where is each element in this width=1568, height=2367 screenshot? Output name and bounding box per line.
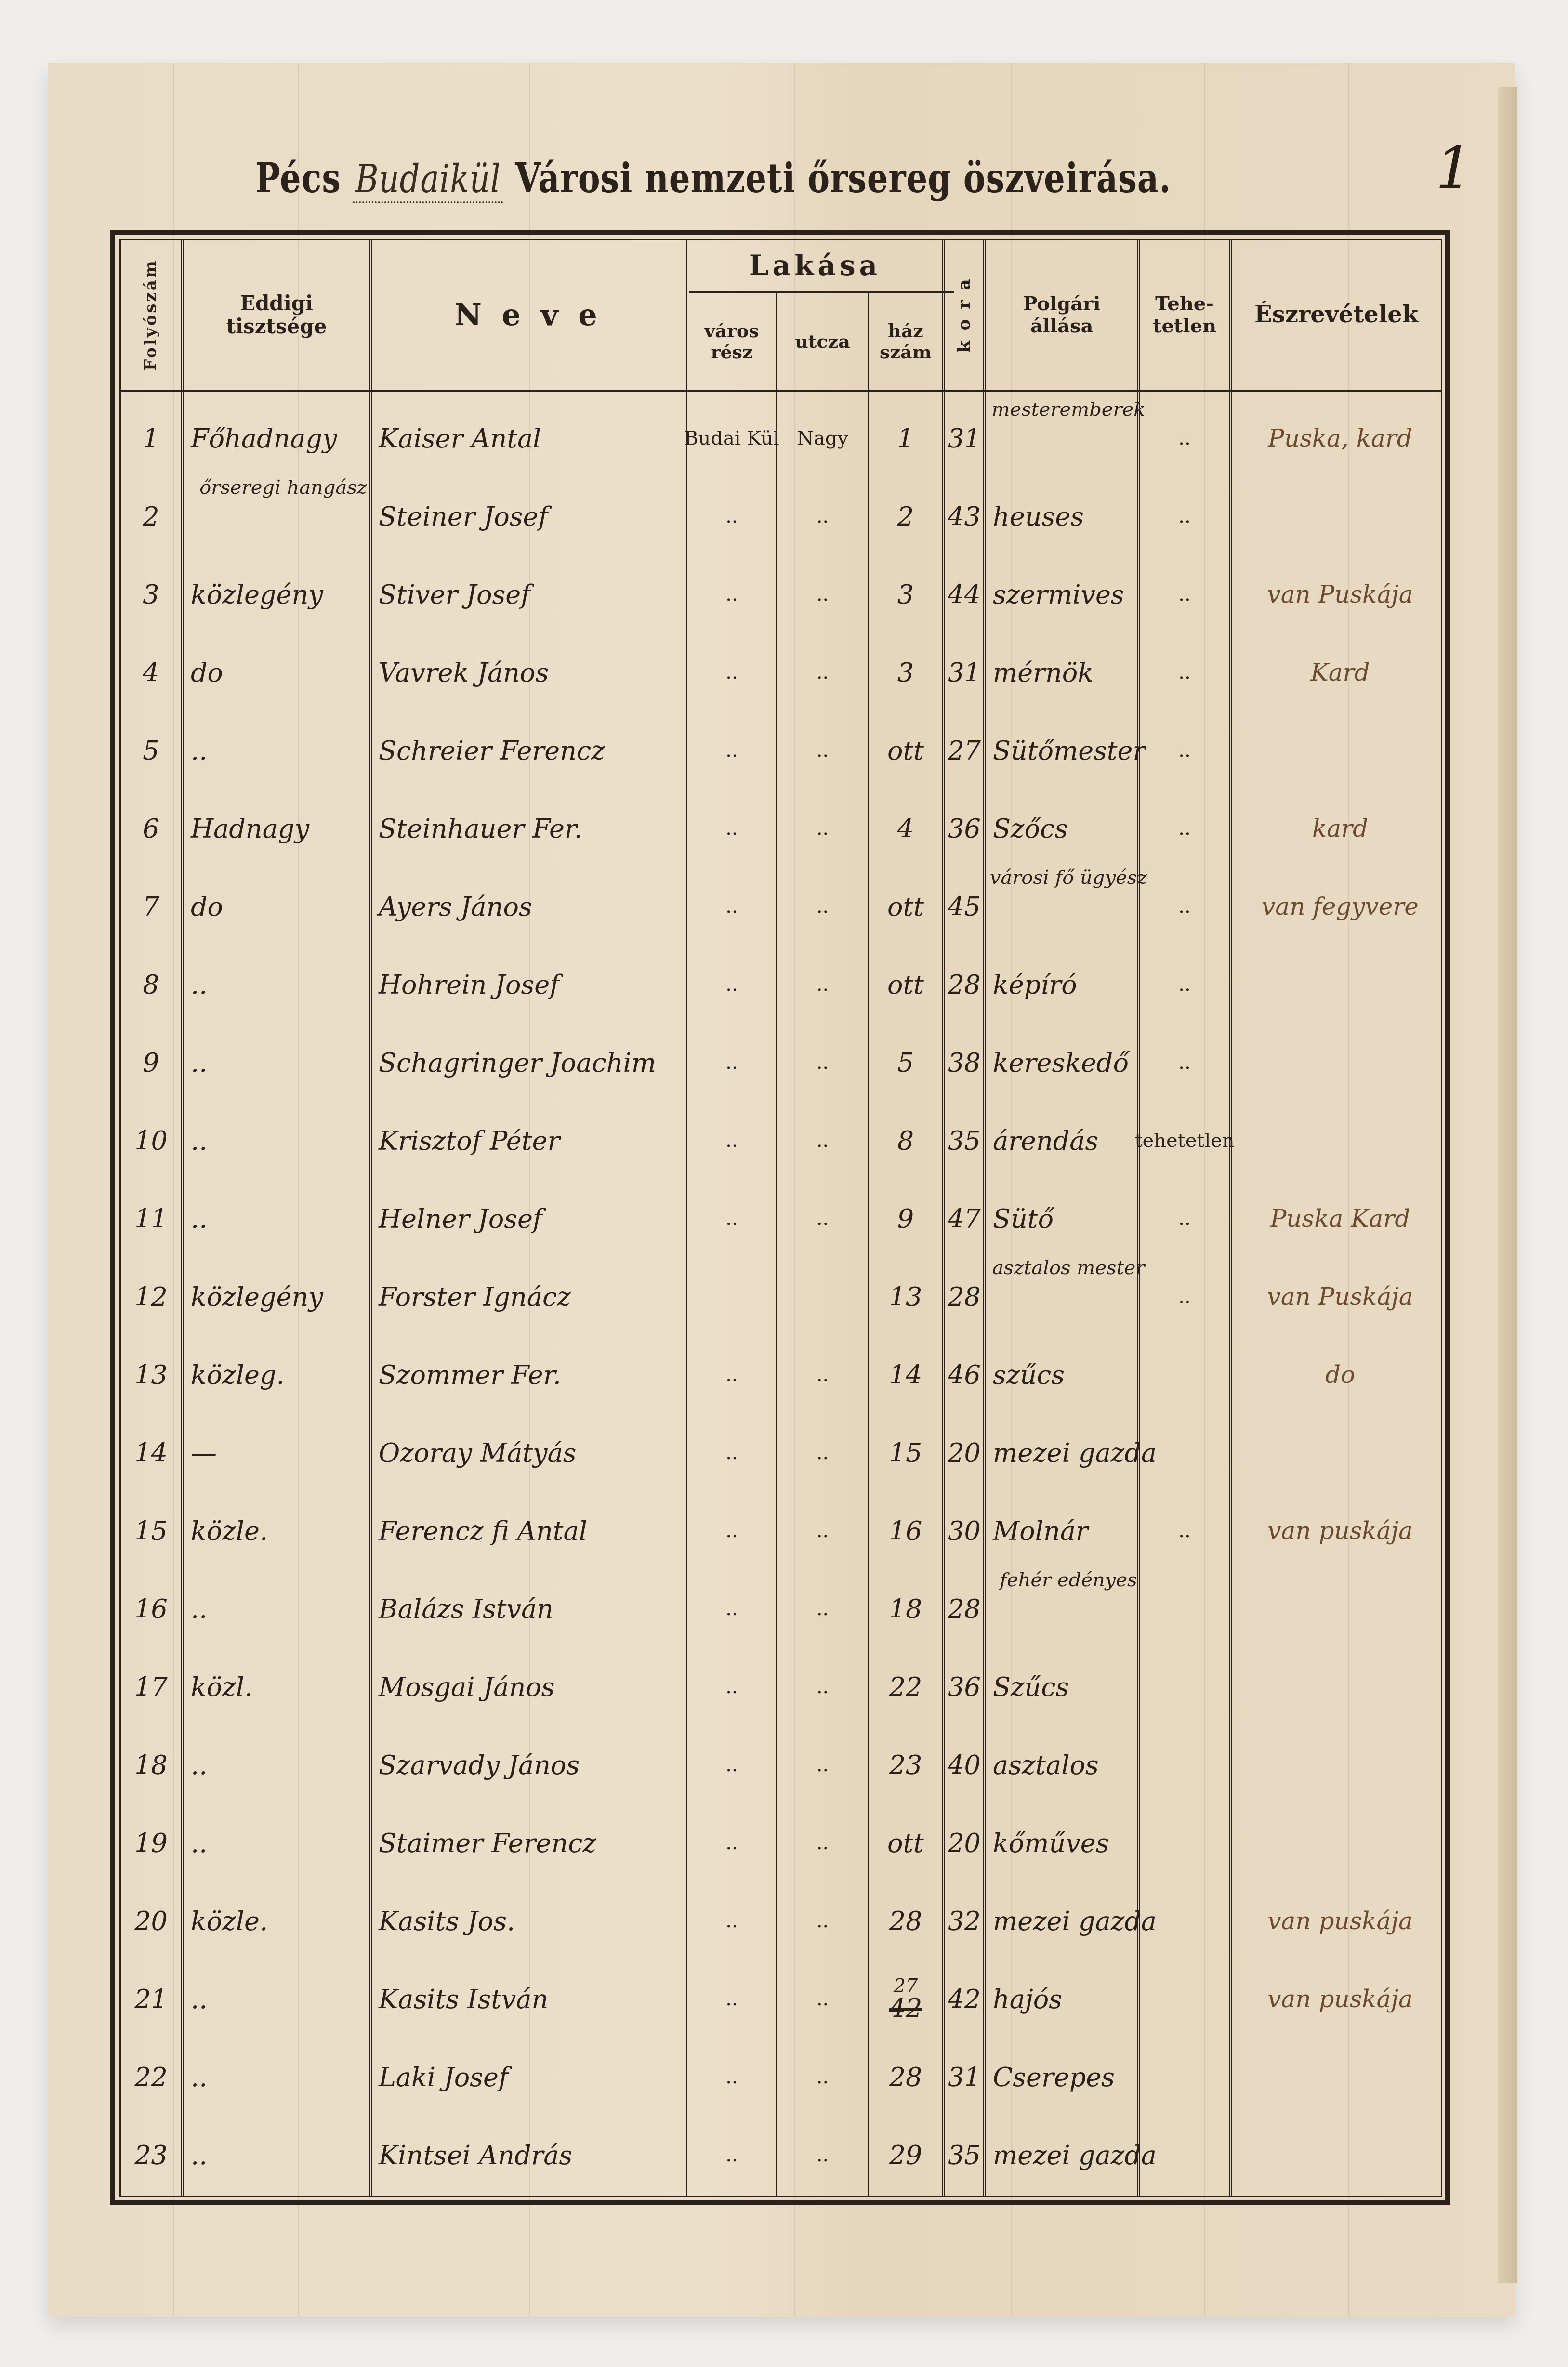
table-row: 6HadnagySteinhauer Fer.....436Szőcs..kar… (121, 789, 1441, 868)
row-civil-status: mezei gazda (986, 1882, 1144, 1960)
row-house-number: 1 (869, 399, 942, 477)
row-unable (1140, 1882, 1229, 1960)
row-age: 40 (945, 1726, 983, 1804)
row-serial: 3 (121, 555, 181, 633)
row-civil-status: heuses (986, 477, 1144, 555)
row-civil-status: mezei gazda (986, 1414, 1144, 1492)
row-house-number: 15 (869, 1414, 942, 1492)
row-remarks: van Puskája (1232, 555, 1449, 633)
row-age: 35 (945, 2116, 983, 2194)
row-district: .. (687, 1180, 776, 1258)
row-unable: .. (1140, 477, 1229, 555)
row-serial: 18 (121, 1726, 181, 1804)
row-remarks: do (1232, 1336, 1449, 1414)
row-unable (1140, 1804, 1229, 1882)
row-unable (1140, 2038, 1229, 2116)
row-age: 45 (945, 868, 983, 946)
row-house-number: 13 (869, 1258, 942, 1336)
row-age: 31 (945, 633, 983, 711)
row-office: .. (184, 1804, 376, 1882)
row-office: közl. (184, 1648, 376, 1726)
row-remarks: van puskája (1232, 1492, 1449, 1570)
row-name: Forster Ignácz (372, 1258, 691, 1336)
row-district: .. (687, 1102, 776, 1180)
row-district: .. (687, 555, 776, 633)
row-remarks (1232, 2116, 1449, 2194)
row-street: .. (777, 711, 868, 789)
row-street: .. (777, 2038, 868, 2116)
row-name: Steinhauer Fer. (372, 789, 691, 868)
row-name: Kasits István (372, 1960, 691, 2038)
row-district: .. (687, 1336, 776, 1414)
row-remarks (1232, 1648, 1449, 1726)
row-house-number: 16 (869, 1492, 942, 1570)
row-name: Schagringer Joachim (372, 1024, 691, 1102)
table-row: 21..Kasits István....274242hajósvan pusk… (121, 1960, 1441, 2038)
page-title: Pécs Budaikül Városi nemzeti őrsereg ösz… (255, 154, 1171, 202)
row-name: Staimer Ferencz (372, 1804, 691, 1882)
row-name: Krisztof Péter (372, 1102, 691, 1180)
row-street: .. (777, 789, 868, 868)
table-row: 23..Kintsei András....2935mezei gazda (121, 2116, 1441, 2194)
row-unable: .. (1140, 1180, 1229, 1258)
row-civil-status: asztalos (986, 1726, 1144, 1804)
row-remarks (1232, 1102, 1449, 1180)
row-office: .. (184, 1570, 376, 1648)
row-street: .. (777, 555, 868, 633)
row-name: Kaiser Antal (372, 399, 691, 477)
row-name: Ayers János (372, 868, 691, 946)
row-name: Mosgai János (372, 1648, 691, 1726)
row-name: Szarvady János (372, 1726, 691, 1804)
lakasa-subrule (689, 291, 954, 293)
row-age: 20 (945, 1804, 983, 1882)
table-row: 14—Ozoray Mátyás....1520mezei gazda (121, 1414, 1441, 1492)
title-handwritten-district: Budaikül (353, 157, 503, 203)
table-row: 22..Laki Josef....2831Cserepes (121, 2038, 1441, 2116)
row-office: közlegény (184, 1258, 376, 1336)
row-age: 28 (945, 1570, 983, 1648)
row-name: Balázs István (372, 1570, 691, 1648)
house-number-struck: 42 (889, 1996, 922, 2022)
table-row: 16..Balázs István....1828fehér edényes (121, 1570, 1441, 1648)
row-house-number: ott (869, 711, 942, 789)
table-row: 13közleg.Szommer Fer.....1446szűcsdo (121, 1336, 1441, 1414)
row-street: .. (777, 477, 868, 555)
table-row: 20közle.Kasits Jos.....2832mezei gazdava… (121, 1882, 1441, 1960)
row-remarks: van Puskája (1232, 1258, 1449, 1336)
row-house-number: ott (869, 946, 942, 1024)
row-district: .. (687, 1726, 776, 1804)
row-street: Nagy (777, 399, 868, 477)
row-name: Stiver Josef (372, 555, 691, 633)
header-serial: Folyószám (121, 240, 181, 390)
row-street: .. (777, 1102, 868, 1180)
row-house-number: 22 (869, 1648, 942, 1726)
table-row: 18..Szarvady János....2340asztalos (121, 1726, 1441, 1804)
header-house-line2: szám (880, 342, 932, 363)
row-district: .. (687, 868, 776, 946)
row-office: .. (184, 2038, 376, 2116)
row-name: Vavrek János (372, 633, 691, 711)
row-age: 43 (945, 477, 983, 555)
row-serial: 21 (121, 1960, 181, 2038)
table-row: 1FőhadnagyKaiser AntalBudai KülNagy131me… (121, 399, 1441, 477)
row-civil-status: mérnök (986, 633, 1144, 711)
row-street: .. (777, 868, 868, 946)
row-age: 35 (945, 1102, 983, 1180)
row-house-number: ott (869, 1804, 942, 1882)
row-unable: .. (1140, 555, 1229, 633)
row-street: .. (777, 1024, 868, 1102)
header-district-line2: rész (711, 342, 752, 363)
row-remarks: Kard (1232, 633, 1449, 711)
row-age: 42 (945, 1960, 983, 2038)
row-age: 30 (945, 1492, 983, 1570)
row-district: .. (687, 1960, 776, 2038)
row-remarks (1232, 1570, 1449, 1648)
header-house: ház szám (869, 293, 942, 390)
row-house-number: 2742 (869, 1960, 942, 2038)
row-age: 32 (945, 1882, 983, 1960)
row-house-number: 5 (869, 1024, 942, 1102)
row-remarks: van puskája (1232, 1882, 1449, 1960)
row-unable: .. (1140, 633, 1229, 711)
header-civil-status: Polgári állása (986, 240, 1137, 390)
row-serial: 14 (121, 1414, 181, 1492)
row-serial: 23 (121, 2116, 181, 2194)
row-house-number: ott (869, 868, 942, 946)
row-age: 28 (945, 1258, 983, 1336)
row-remarks (1232, 2038, 1449, 2116)
row-office: Hadnagy (184, 789, 376, 868)
row-civil-status: asztalos mester (986, 1258, 1144, 1336)
table-row: 5..Schreier Ferencz....ott27Sütőmester.. (121, 711, 1441, 789)
row-unable: .. (1140, 946, 1229, 1024)
table-row: 10..Krisztof Péter....835árendástehetetl… (121, 1102, 1441, 1180)
row-age: 36 (945, 789, 983, 868)
row-house-number: 29 (869, 2116, 942, 2194)
row-office: do (184, 868, 376, 946)
title-prefix: Pécs (255, 154, 341, 202)
row-street (777, 1258, 868, 1336)
row-civil-status: Szűcs (986, 1648, 1144, 1726)
row-name: Kintsei András (372, 2116, 691, 2194)
row-office: közleg. (184, 1336, 376, 1414)
row-remarks: kard (1232, 789, 1449, 868)
register-table-inner: Folyószám Eddigi tisztsége N e v e Lakás… (119, 239, 1442, 2197)
row-office: közlegény (184, 555, 376, 633)
row-civil-status: képíró (986, 946, 1144, 1024)
row-name: Ozoray Mátyás (372, 1414, 691, 1492)
header-civil-line2: állása (1030, 315, 1094, 337)
row-serial: 1 (121, 399, 181, 477)
row-house-number: 28 (869, 1882, 942, 1960)
table-row: 2őrseregi hangászSteiner Josef....243heu… (121, 477, 1441, 555)
row-civil-status: Sütőmester (986, 711, 1144, 789)
row-remarks (1232, 711, 1449, 789)
row-house-number: 14 (869, 1336, 942, 1414)
row-age: 31 (945, 2038, 983, 2116)
row-unable (1140, 1414, 1229, 1492)
row-street: .. (777, 1336, 868, 1414)
table-row: 12közlegényForster Ignácz1328asztalos me… (121, 1258, 1441, 1336)
row-house-number: 28 (869, 2038, 942, 2116)
row-remarks (1232, 1726, 1449, 1804)
row-serial: 8 (121, 946, 181, 1024)
row-unable (1140, 1726, 1229, 1804)
row-serial: 16 (121, 1570, 181, 1648)
table-row: 15közle.Ferencz fi Antal....1630Molnár..… (121, 1492, 1441, 1570)
row-serial: 9 (121, 1024, 181, 1102)
row-unable (1140, 2116, 1229, 2194)
row-name: Helner Josef (372, 1180, 691, 1258)
row-civil-status: árendás (986, 1102, 1144, 1180)
row-name: Kasits Jos. (372, 1882, 691, 1960)
table-row: 11..Helner Josef....947Sütő..Puska Kard (121, 1180, 1441, 1258)
row-district: Budai Kül (687, 399, 776, 477)
header-district: város rész (687, 293, 776, 390)
row-name: Hohrein Josef (372, 946, 691, 1024)
row-unable (1140, 1648, 1229, 1726)
header-office: Eddigi tisztsége (184, 240, 369, 390)
row-house-number: 2 (869, 477, 942, 555)
row-age: 36 (945, 1648, 983, 1726)
row-district: .. (687, 1648, 776, 1726)
row-civil-status: fehér edényes (986, 1570, 1144, 1648)
row-serial: 15 (121, 1492, 181, 1570)
row-street: .. (777, 633, 868, 711)
row-district: .. (687, 2038, 776, 2116)
row-serial: 12 (121, 1258, 181, 1336)
row-street: .. (777, 1648, 868, 1726)
header-name: N e v e (372, 240, 685, 390)
row-unable (1140, 1336, 1229, 1414)
header-remarks: Észrevételek (1232, 240, 1441, 390)
row-serial: 5 (121, 711, 181, 789)
house-number-corrected: 27 (894, 1976, 918, 1996)
header-civil-line1: Polgári (1023, 293, 1100, 315)
row-serial: 4 (121, 633, 181, 711)
row-civil-status: szermives (986, 555, 1144, 633)
row-street: .. (777, 946, 868, 1024)
row-remarks (1232, 1024, 1449, 1102)
row-district: .. (687, 1414, 776, 1492)
row-office: .. (184, 946, 376, 1024)
header-age: k o r a (945, 240, 983, 390)
row-district: .. (687, 1570, 776, 1648)
row-office: .. (184, 1726, 376, 1804)
row-name: Szommer Fer. (372, 1336, 691, 1414)
row-street: .. (777, 1492, 868, 1570)
row-civil-status: Szőcs (986, 789, 1144, 868)
header-unable: Tehe- tetlen (1140, 240, 1229, 390)
row-civil-status: Cserepes (986, 2038, 1144, 2116)
header-unable-line1: Tehe- (1155, 293, 1214, 315)
row-civil-status: mezei gazda (986, 2116, 1144, 2194)
row-age: 47 (945, 1180, 983, 1258)
row-district: .. (687, 2116, 776, 2194)
torn-paper-edge (1498, 87, 1517, 2283)
row-civil-status: városi fő ügyész (986, 868, 1144, 946)
row-name: Laki Josef (372, 2038, 691, 2116)
row-district: .. (687, 477, 776, 555)
row-street: .. (777, 2116, 868, 2194)
row-house-number: 18 (869, 1570, 942, 1648)
row-district: .. (687, 1024, 776, 1102)
row-district: .. (687, 1882, 776, 1960)
header-street: utcza (777, 293, 868, 390)
row-office: Főhadnagy (184, 399, 376, 477)
row-street: .. (777, 1960, 868, 2038)
row-office: közle. (184, 1882, 376, 1960)
row-district: .. (687, 1804, 776, 1882)
row-unable: .. (1140, 1024, 1229, 1102)
row-civil-status: kereskedő (986, 1024, 1144, 1102)
row-unable: .. (1140, 868, 1229, 946)
header-residence: Lakása (687, 240, 943, 291)
row-house-number: 3 (869, 633, 942, 711)
row-remarks: Puska Kard (1232, 1180, 1449, 1258)
row-unable: .. (1140, 399, 1229, 477)
header-office-line2: tisztsége (226, 315, 327, 338)
row-remarks: van fegyvere (1232, 868, 1449, 946)
row-serial: 20 (121, 1882, 181, 1960)
row-district: .. (687, 711, 776, 789)
row-district: .. (687, 633, 776, 711)
row-unable (1140, 1570, 1229, 1648)
row-name: Schreier Ferencz (372, 711, 691, 789)
row-office: .. (184, 1960, 376, 2038)
row-age: 44 (945, 555, 983, 633)
row-civil-status: Molnár (986, 1492, 1144, 1570)
row-street: .. (777, 1804, 868, 1882)
row-remarks (1232, 946, 1449, 1024)
row-house-number: 9 (869, 1180, 942, 1258)
table-row: 9..Schagringer Joachim....538kereskedő.. (121, 1024, 1441, 1102)
row-office: őrseregi hangász (184, 477, 376, 555)
header-district-line1: város (704, 320, 759, 342)
row-age: 20 (945, 1414, 983, 1492)
register-table: Folyószám Eddigi tisztsége N e v e Lakás… (110, 230, 1450, 2205)
table-row: 7doAyers János....ott45városi fő ügyész.… (121, 868, 1441, 946)
row-district (687, 1258, 776, 1336)
row-unable: .. (1140, 1258, 1229, 1336)
row-street: .. (777, 1180, 868, 1258)
table-row: 19..Staimer Ferencz....ott20kőműves (121, 1804, 1441, 1882)
row-house-number: 3 (869, 555, 942, 633)
row-office: .. (184, 1180, 376, 1258)
row-unable: .. (1140, 789, 1229, 868)
row-civil-status: kőműves (986, 1804, 1144, 1882)
row-office: .. (184, 1102, 376, 1180)
row-age: 46 (945, 1336, 983, 1414)
row-office: .. (184, 1024, 376, 1102)
row-serial: 22 (121, 2038, 181, 2116)
row-office: .. (184, 711, 376, 789)
table-row: 17közl.Mosgai János....2236Szűcs (121, 1648, 1441, 1726)
table-row: 3közlegényStiver Josef....344szermives..… (121, 555, 1441, 633)
row-serial: 10 (121, 1102, 181, 1180)
row-civil-status: Sütő (986, 1180, 1144, 1258)
header-house-line1: ház (888, 320, 923, 342)
row-house-number: 23 (869, 1726, 942, 1804)
house-number-correction: 2742 (889, 1976, 922, 2022)
row-age: 27 (945, 711, 983, 789)
row-civil-status: hajós (986, 1960, 1144, 2038)
row-remarks (1232, 1804, 1449, 1882)
page-number: 1 (1436, 135, 1472, 202)
row-office: do (184, 633, 376, 711)
row-name: Steiner Josef (372, 477, 691, 555)
row-serial: 7 (121, 868, 181, 946)
row-unable: .. (1140, 1492, 1229, 1570)
row-name: Ferencz fi Antal (372, 1492, 691, 1570)
row-unable: .. (1140, 711, 1229, 789)
row-serial: 11 (121, 1180, 181, 1258)
row-remarks: Puska, kard (1232, 399, 1449, 477)
header-office-line1: Eddigi (240, 292, 313, 315)
row-unable: tehetetlen (1140, 1102, 1229, 1180)
row-house-number: 8 (869, 1102, 942, 1180)
row-district: .. (687, 946, 776, 1024)
row-street: .. (777, 1414, 868, 1492)
table-row: 8..Hohrein Josef....ott28képíró.. (121, 946, 1441, 1024)
row-remarks (1232, 1414, 1449, 1492)
row-serial: 13 (121, 1336, 181, 1414)
row-serial: 19 (121, 1804, 181, 1882)
table-row: 4doVavrek János....331mérnök..Kard (121, 633, 1441, 711)
row-street: .. (777, 1726, 868, 1804)
row-district: .. (687, 789, 776, 868)
row-office: .. (184, 2116, 376, 2194)
header-unable-line2: tetlen (1153, 315, 1216, 337)
row-serial: 17 (121, 1648, 181, 1726)
row-unable (1140, 1960, 1229, 2038)
row-age: 31 (945, 399, 983, 477)
row-serial: 6 (121, 789, 181, 868)
row-civil-status: szűcs (986, 1336, 1144, 1414)
row-age: 28 (945, 946, 983, 1024)
row-remarks (1232, 477, 1449, 555)
row-serial: 2 (121, 477, 181, 555)
row-office: — (184, 1414, 376, 1492)
row-street: .. (777, 1882, 868, 1960)
header-bottom-rule (121, 390, 1441, 394)
row-age: 38 (945, 1024, 983, 1102)
title-suffix: Városi nemzeti őrsereg öszveirása. (515, 154, 1171, 202)
row-house-number: 4 (869, 789, 942, 868)
row-office: közle. (184, 1492, 376, 1570)
row-remarks: van puskája (1232, 1960, 1449, 2038)
row-district: .. (687, 1492, 776, 1570)
row-civil-status: mesteremberek (986, 399, 1144, 477)
row-street: .. (777, 1570, 868, 1648)
